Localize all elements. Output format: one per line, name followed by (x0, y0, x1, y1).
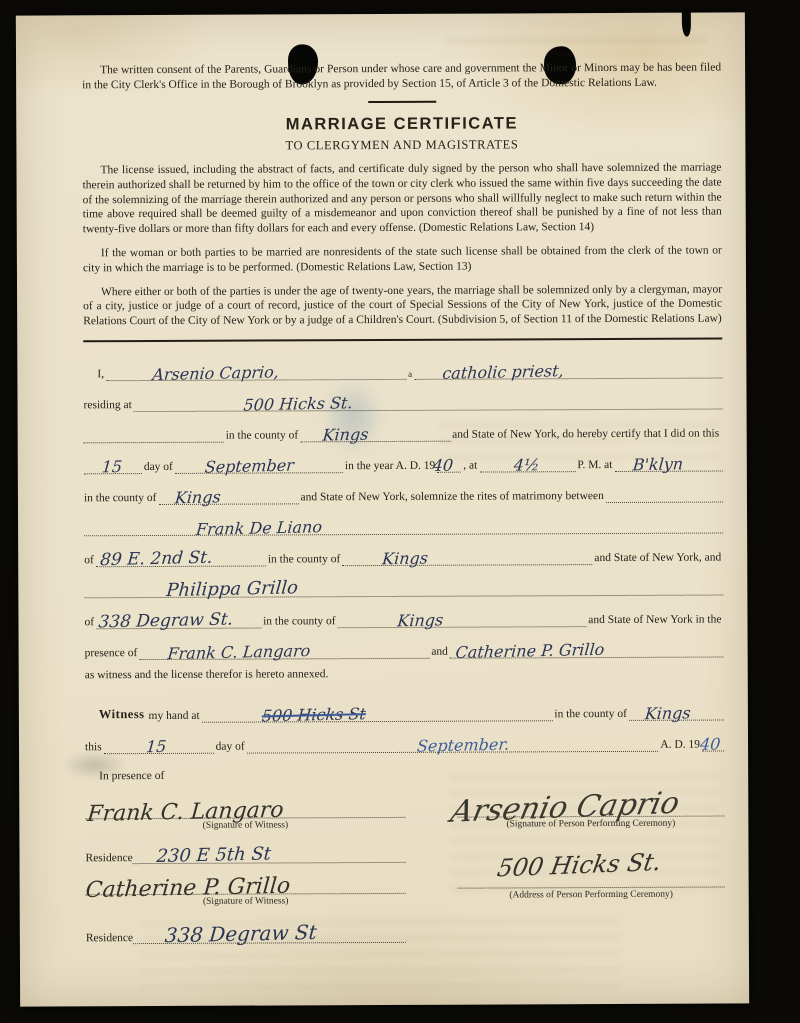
form-row-witness-date: this 15 day of September. A. D. 19 40 (85, 721, 724, 755)
label-county: in the county of (261, 615, 338, 628)
handwriting-witness1: Frank C. Langaro (167, 641, 311, 663)
label-of: of (84, 616, 96, 629)
label-of: of (84, 554, 96, 567)
field-witness-year: 40 (702, 737, 724, 752)
field-day: 15 (84, 459, 142, 474)
handwriting-witness2: Catherine P. Grillo (455, 640, 605, 662)
form-row-bride-address: of 338 Degraw St. in the county of Kings… (84, 595, 723, 629)
form-row-county2: in the county of Kings and State of New … (84, 471, 723, 505)
label-county: in the county of (224, 429, 301, 442)
field-witness2-residence: 338 Degraw St (133, 928, 406, 944)
certificate-page: The written consent of the Parents, Guar… (16, 12, 749, 1006)
label-day-of: day of (214, 741, 247, 754)
signature-section: Frank C. Langaro (Signature of Witness) … (85, 782, 725, 945)
field-year: 40 (437, 458, 461, 473)
handwriting-witness2-residence: 338 Degraw St (164, 920, 318, 947)
page-subtitle: TO CLERGYMEN AND MAGISTRATES (82, 137, 721, 155)
field-officiant-title: catholic priest, (414, 363, 722, 379)
witness-signature-column: Frank C. Langaro (Signature of Witness) … (85, 783, 406, 944)
label-state-certify: and State of New York, do hereby certify… (450, 427, 721, 441)
handwriting-witness-day: 15 (145, 737, 167, 756)
field-witness-month: September. (247, 737, 659, 754)
label-my-hand-at: my hand at (147, 710, 202, 723)
field-blank (84, 428, 224, 444)
label-i: I, (83, 368, 106, 381)
instructions-paragraph: Where either or both of the parties is u… (83, 282, 722, 329)
handwriting-witness-month: September. (416, 735, 510, 756)
label-witness: Witness (85, 708, 147, 724)
field-county-ceremony: Kings (158, 489, 298, 505)
label-and: and (429, 646, 450, 659)
label-ad-19: A. D. 19 (658, 739, 702, 752)
form-row-county1: in the county of Kings and State of New … (84, 409, 723, 443)
officiant-address-handwriting-area: 500 Hicks St. (457, 839, 724, 880)
form-row-officiant: I, Arsenio Caprio, a catholic priest, (83, 347, 722, 381)
field-groom-address: 89 E. 2nd St. (96, 551, 266, 567)
page-title: MARRIAGE CERTIFICATE (82, 114, 721, 136)
annexed-text: as witness and the license therefor is h… (85, 666, 724, 681)
form-row-witnesses: presence of Frank C. Langaro and Catheri… (85, 626, 724, 660)
form-row-groom-name: Frank De Liano (84, 502, 723, 536)
divider-short (368, 101, 436, 103)
instructions-paragraph: If the woman or both parties to be marri… (83, 244, 722, 276)
label-a: a (406, 369, 414, 380)
in-presence-of: In presence of (85, 768, 724, 783)
form-row-residing: residing at 500 Hicks St. (83, 378, 722, 412)
handwriting-officiant-sig-address: 500 Hicks St. (495, 848, 663, 883)
officiant-signature-column: Arsenio Caprio (Signature of Person Perf… (457, 782, 725, 943)
label-pm-at: P. M. at (575, 459, 614, 472)
label-state-and: and State of New York, and (592, 551, 723, 565)
label-residence: Residence (86, 933, 133, 945)
label-residing-at: residing at (84, 399, 134, 412)
label-year-ad: in the year A. D. 19 (343, 460, 437, 473)
witness1-residence-row: Residence 230 E 5th St (85, 833, 405, 864)
form-row-witness-hand: Witness my hand at 500 Hicks St in the c… (85, 690, 724, 724)
signature-witness2: Catherine P. Grillo (85, 874, 292, 904)
field-place: B'klyn (614, 456, 722, 471)
witness1-signature-line: Frank C. Langaro (85, 783, 405, 819)
label-county: in the county of (84, 492, 159, 505)
officiant-signature-line: Arsenio Caprio (457, 782, 724, 818)
label-this: this (85, 742, 104, 755)
signature-witness1: Frank C. Langaro (86, 798, 284, 827)
field-officiant-name: Arsenio Caprio, (106, 365, 406, 381)
label-county: in the county of (266, 553, 343, 566)
label-comma-at: , at (461, 460, 479, 473)
form-row-bride-name: Philippa Grillo (84, 564, 723, 598)
handwriting-witness-year: 40 (699, 735, 721, 754)
witness2-residence-row: Residence 338 Degraw St (86, 909, 406, 944)
form-row-date: 15 day of September in the year A. D. 19… (84, 440, 723, 474)
field-witness2: Catherine P. Grillo (450, 642, 724, 658)
label-day-of: day of (142, 461, 175, 474)
label-presence-of: presence of (85, 647, 140, 660)
label-state-in-the: and State of New York in the (586, 613, 723, 627)
field-blank (606, 487, 723, 503)
divider-full (83, 337, 722, 342)
officiant-address-line (458, 879, 725, 889)
field-witness-county: Kings (629, 706, 724, 721)
field-bride-address: 338 Degraw St. (96, 613, 261, 629)
witness2-signature-line: Catherine P. Grillo (86, 863, 406, 895)
form-row-groom-address: of 89 E. 2nd St. in the county of Kings … (84, 533, 723, 567)
field-witness1: Frank C. Langaro (139, 644, 429, 660)
field-groom-county: Kings (342, 550, 592, 566)
label-residence: Residence (85, 853, 132, 865)
label-county: in the county of (552, 708, 629, 721)
field-witness-day: 15 (104, 739, 214, 754)
field-witness-place: 500 Hicks St (202, 707, 553, 724)
field-county-residence: Kings (300, 427, 450, 443)
field-month: September (175, 458, 343, 474)
field-time: 4½ (479, 457, 575, 472)
field-bride-county: Kings (338, 612, 587, 628)
consent-note: The written consent of the Parents, Guar… (82, 61, 721, 94)
officiant-address-caption: (Address of Person Performing Ceremony) (458, 890, 725, 901)
instructions-paragraph: The license issued, including the abstra… (82, 161, 721, 238)
label-state-solemnize: and State of New York, solemnize the rit… (298, 490, 605, 504)
field-witness1-residence: 230 E 5th St (133, 848, 406, 864)
